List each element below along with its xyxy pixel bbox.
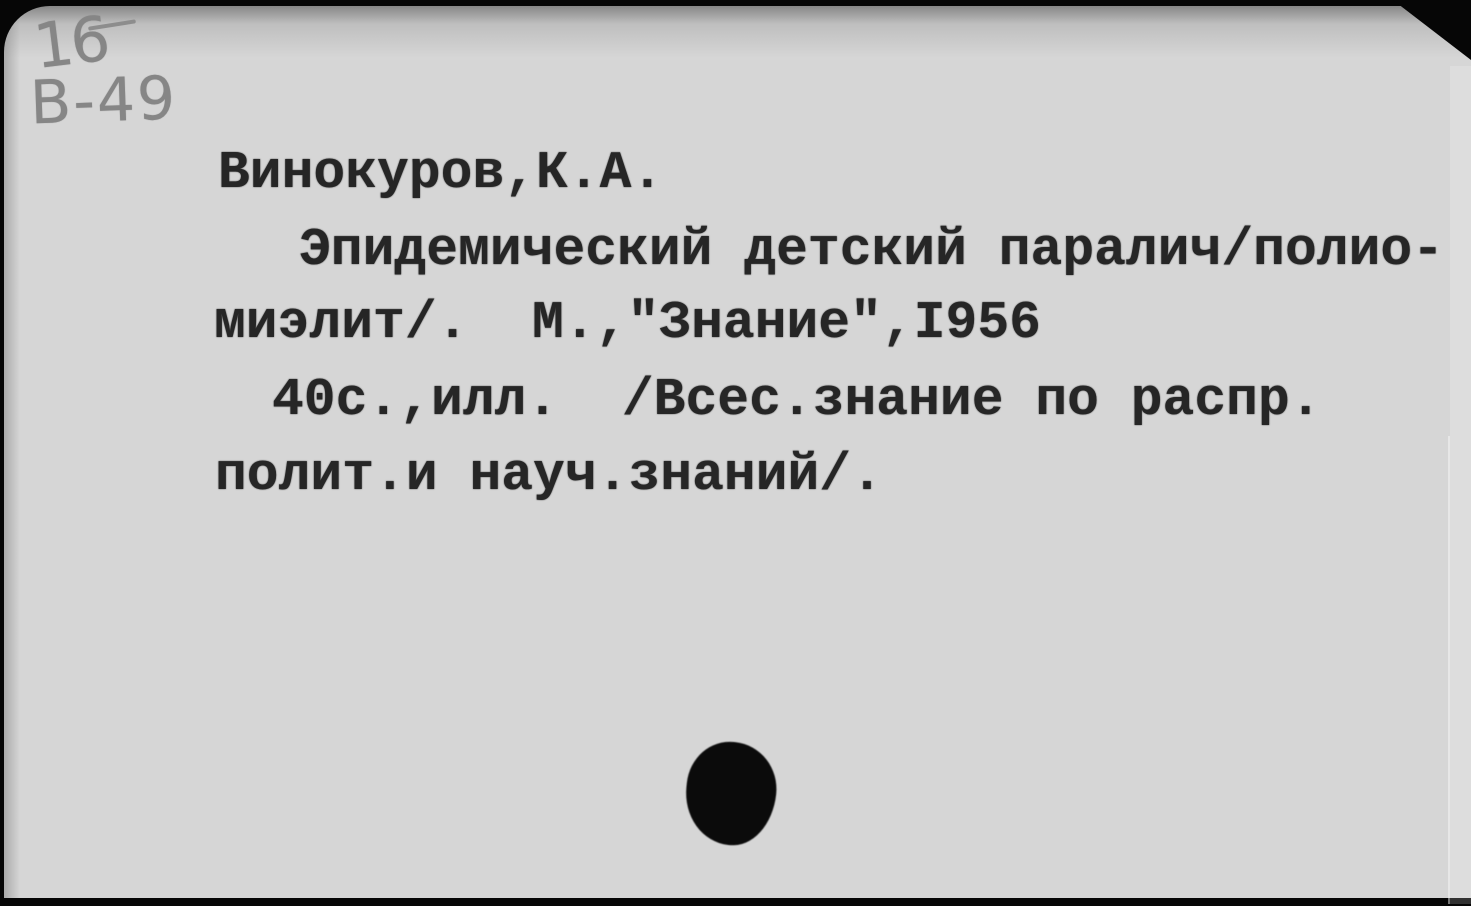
hole-punch-dot: [681, 738, 781, 850]
call-number-bottom: В-49: [29, 63, 179, 138]
entry-line-title-2-imprint: миэлит/. М.,"Знание",I956: [214, 297, 1041, 350]
card-right-edge-band: [1450, 66, 1471, 904]
entry-line-collation-2: полит.и науч.знаний/.: [215, 449, 883, 502]
catalog-card: 16 В-49 Винокуров,К.А. Эпидемический дет…: [4, 6, 1471, 898]
entry-line-author: Винокуров,К.А.: [218, 147, 663, 200]
entry-line-collation-1: 40с.,илл. /Всес.знание по распр.: [272, 374, 1322, 427]
entry-line-title-1: Эпидемический детский паралич/полио-: [299, 224, 1444, 277]
scan-background: 16 В-49 Винокуров,К.А. Эпидемический дет…: [0, 0, 1471, 906]
